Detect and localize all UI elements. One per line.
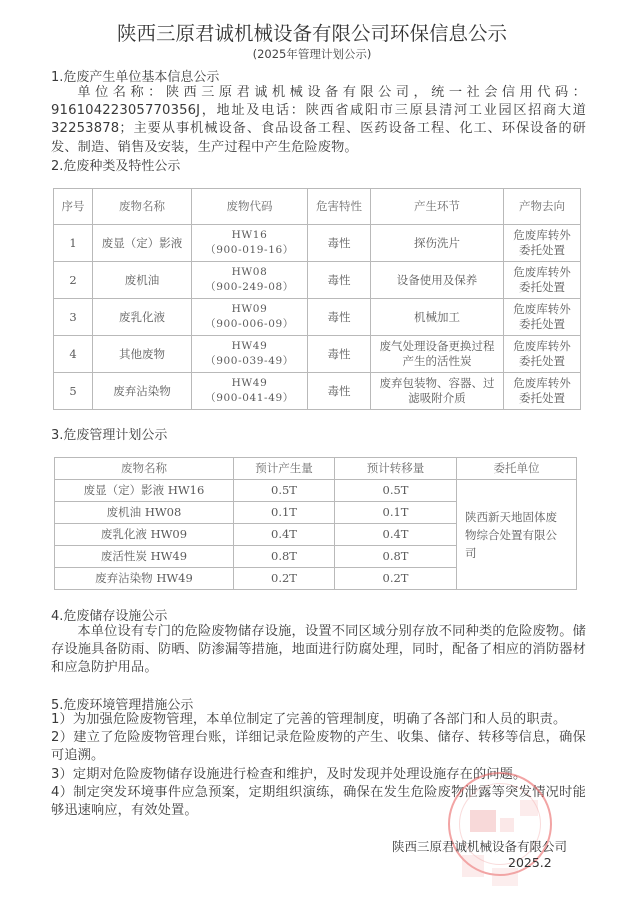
column-header: 预计转移量 [335,458,457,480]
produced-amount: 0.5T [234,480,335,502]
section-4-heading: 4.危废储存设施公示 [51,605,167,624]
hazard: 毒性 [308,336,371,373]
waste-code: HW08（900-249-08） [192,262,308,299]
waste-code: HW09（900-006-09） [192,299,308,336]
transferred-amount: 0.1T [335,502,457,524]
source: 废气处理设备更换过程产生的活性炭 [371,336,504,373]
table-row: 4 其他废物 HW49（900-039-49） 毒性 废气处理设备更换过程产生的… [54,336,581,373]
section-2-heading: 2.危废种类及特性公示 [51,155,180,174]
column-header: 废物名称 [93,189,192,225]
destination: 危废库转外委托处置 [504,336,581,373]
waste-name: 废乳化液 HW09 [55,524,234,546]
waste-name: 废活性炭 HW49 [55,546,234,568]
waste-name: 废显（定）影液 HW16 [55,480,234,502]
column-header: 废物名称 [55,458,234,480]
transferred-amount: 0.8T [335,546,457,568]
signature-date: 2025.2 [508,855,552,870]
table-header-row: 序号 废物名称 废物代码 危害特性 产生环节 产物去向 [54,189,581,225]
source: 机械加工 [371,299,504,336]
section-1-paragraph: 单位名称：陕西三原君诚机械设备有限公司，统一社会信用代码：91610422305… [51,84,586,157]
source: 废弃包装物、容器、过滤吸附介质 [371,373,504,410]
waste-name: 废弃沾染物 [93,373,192,410]
waste-name: 废机油 [93,262,192,299]
table-header-row: 废物名称 预计产生量 预计转移量 委托单位 [55,458,577,480]
hazard: 毒性 [308,373,371,410]
hazard: 毒性 [308,225,371,262]
column-header: 产物去向 [504,189,581,225]
column-header: 序号 [54,189,93,225]
document-subtitle: (2025年管理计划公示) [0,46,624,62]
waste-types-table: 序号 废物名称 废物代码 危害特性 产生环节 产物去向 1 废显（定）影液 HW… [53,188,581,410]
waste-name: 废显（定）影液 [93,225,192,262]
row-number: 4 [54,336,93,373]
row-number: 2 [54,262,93,299]
waste-name: 废弃沾染物 HW49 [55,568,234,590]
waste-name: 其他废物 [93,336,192,373]
row-number: 1 [54,225,93,262]
hazard: 毒性 [308,299,371,336]
transferred-amount: 0.2T [335,568,457,590]
waste-name: 废机油 HW08 [55,502,234,524]
list-item: 1）为加强危险废物管理，本单位制定了完善的管理制度，明确了各部门和人员的职责。 [51,711,586,729]
table-row: 废显（定）影液 HW16 0.5T 0.5T 陕西新天地固体废物综合处置有限公司 [55,480,577,502]
document-title: 陕西三原君诚机械设备有限公司环保信息公示 [0,18,624,46]
redaction-blur [462,855,484,877]
signature-company: 陕西三原君诚机械设备有限公司 [392,837,567,855]
redaction-blur [520,800,538,816]
waste-code: HW49（900-039-49） [192,336,308,373]
redaction-blur [492,868,518,886]
table-row: 3 废乳化液 HW09（900-006-09） 毒性 机械加工 危废库转外委托处… [54,299,581,336]
source: 探伤洗片 [371,225,504,262]
column-header: 委托单位 [457,458,577,480]
table-row: 1 废显（定）影液 HW16（900-019-16） 毒性 探伤洗片 危废库转外… [54,225,581,262]
waste-name: 废乳化液 [93,299,192,336]
contractor: 陕西新天地固体废物综合处置有限公司 [457,480,577,590]
transferred-amount: 0.5T [335,480,457,502]
row-number: 5 [54,373,93,410]
column-header: 废物代码 [192,189,308,225]
destination: 危废库转外委托处置 [504,373,581,410]
table-row: 2 废机油 HW08（900-249-08） 毒性 设备使用及保养 危废库转外委… [54,262,581,299]
hazard: 毒性 [308,262,371,299]
section-4-paragraph: 本单位设有专门的危险废物储存设施，设置不同区域分别存放不同种类的危险废物。储存设… [51,623,586,678]
destination: 危废库转外委托处置 [504,262,581,299]
destination: 危废库转外委托处置 [504,225,581,262]
destination: 危废库转外委托处置 [504,299,581,336]
row-number: 3 [54,299,93,336]
section-3-heading: 3.危废管理计划公示 [51,424,167,443]
table-row: 5 废弃沾染物 HW49（900-041-49） 毒性 废弃包装物、容器、过滤吸… [54,373,581,410]
section-1-heading: 1.危废产生单位基本信息公示 [51,66,219,85]
waste-code: HW49（900-041-49） [192,373,308,410]
produced-amount: 0.8T [234,546,335,568]
column-header: 预计产生量 [234,458,335,480]
column-header: 产生环节 [371,189,504,225]
redaction-blur [470,810,496,832]
produced-amount: 0.2T [234,568,335,590]
column-header: 危害特性 [308,189,371,225]
list-item: 2）建立了危险废物管理台账，详细记录危险废物的产生、收集、储存、转移等信息，确保… [51,729,586,765]
source: 设备使用及保养 [371,262,504,299]
redaction-blur [500,818,514,832]
transferred-amount: 0.4T [335,524,457,546]
produced-amount: 0.1T [234,502,335,524]
produced-amount: 0.4T [234,524,335,546]
waste-code: HW16（900-019-16） [192,225,308,262]
management-plan-table: 废物名称 预计产生量 预计转移量 委托单位 废显（定）影液 HW16 0.5T … [54,457,577,590]
